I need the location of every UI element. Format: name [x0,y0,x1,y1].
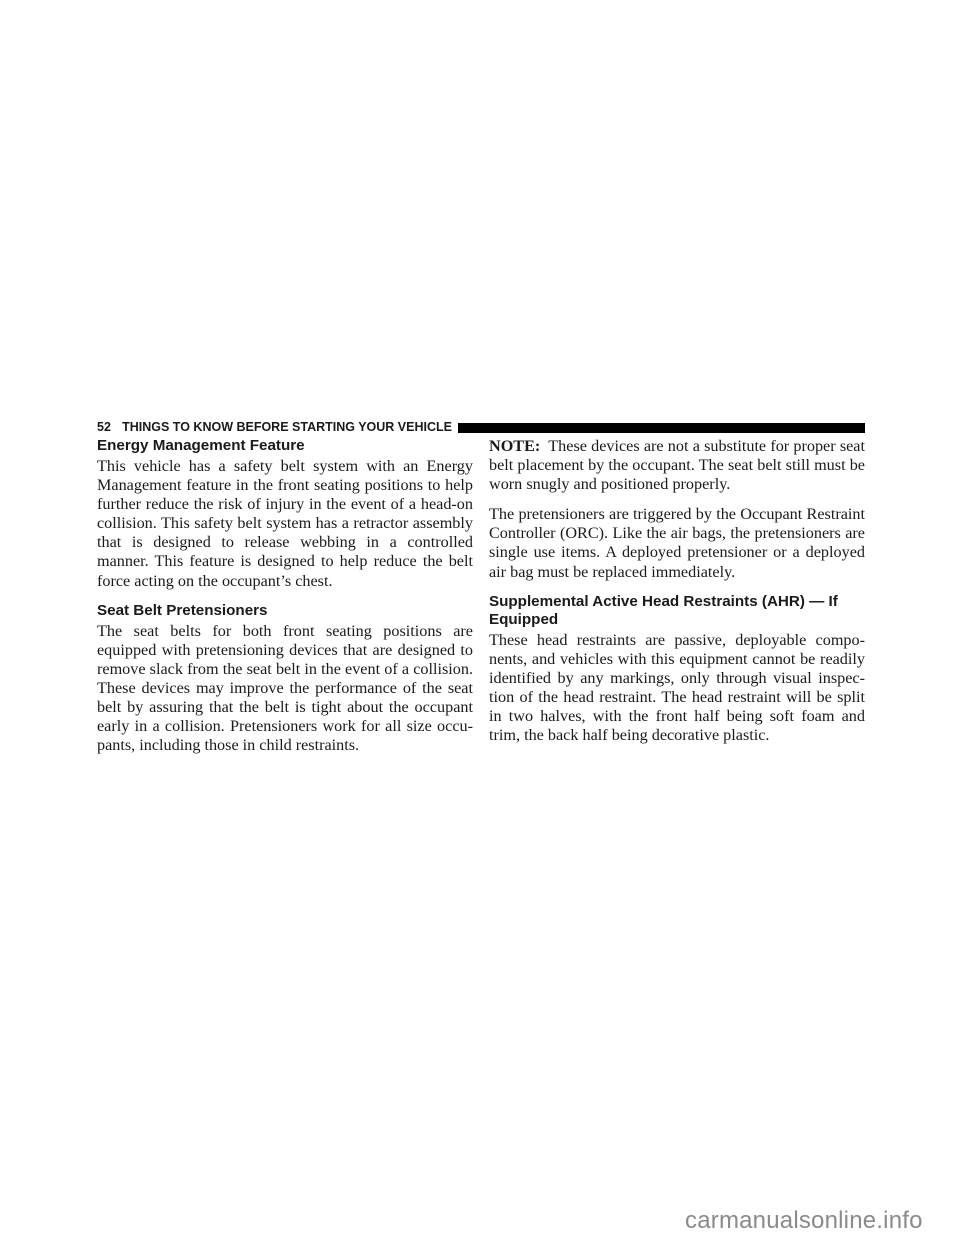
paragraph-pretensioners-triggered: The pretensioners are triggered by the O… [489,505,865,581]
paragraph-seat-belt-pretensioners: The seat belts for both front seating po… [97,622,473,756]
heading-seat-belt-pretensioners: Seat Belt Pretensioners [97,602,473,620]
heading-energy-management: Energy Management Feature [97,437,473,455]
left-column: Energy Management Feature This vehicle h… [97,437,473,755]
watermark-link[interactable]: carmanualsonline.info [685,1207,923,1235]
note-label: NOTE: [489,437,540,455]
paragraph-active-head-restraints: These head restraints are passive, deplo… [489,631,865,746]
paragraph-energy-management: This vehicle has a safety belt system wi… [97,457,473,591]
note-paragraph: NOTE:These devices are not a substitute … [489,437,865,494]
page-header: 52 THINGS TO KNOW BEFORE STARTING YOUR V… [97,419,865,435]
header-rule-bar [458,423,865,433]
section-title: THINGS TO KNOW BEFORE STARTING YOUR VEHI… [122,420,452,434]
page-number: 52 [97,420,111,434]
note-text: These devices are not a substitute for p… [489,437,865,493]
heading-active-head-restraints: Supplemental Active Head Restraints (AHR… [489,593,865,629]
right-column: NOTE:These devices are not a substitute … [489,437,865,745]
